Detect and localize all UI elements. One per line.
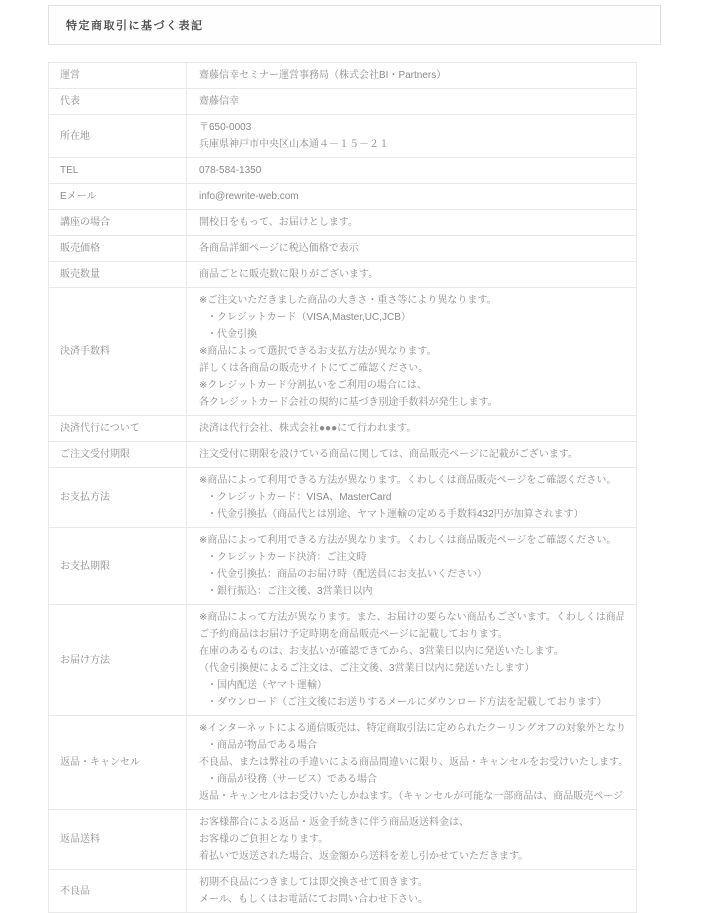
content-line: ※インターネットによる通信販売は、特定商取引法に定められたクーリングオフの対象外… (199, 720, 624, 737)
content-line: ※商品によって利用できる方法が異なります。くわしくは商品販売ページをご確認くださ… (199, 472, 624, 489)
row-content: 〒650-0003兵庫県神戸市中央区山本通４－１５－２１ (187, 115, 637, 158)
content-line: ※商品によって方法が異なります。また、お届けの要らない商品もございます。くわしく… (199, 609, 624, 626)
content-line: 決済は代行会社、株式会社●●●にて行われます。 (199, 420, 624, 437)
content-line: お客様のご負担となります。 (199, 831, 624, 848)
page-title: 特定商取引に基づく表記 (66, 20, 204, 32)
content-line: ・代金引換払（商品代とは別途、ヤマト運輸の定める手数料432円が加算されます） (199, 506, 624, 523)
content-line: 着払いで返送された場合、返金額から送料を差し引かせていただきます。 (199, 848, 624, 865)
row-content: info@rewrite-web.com (187, 184, 637, 210)
table-row: 所在地 〒650-0003兵庫県神戸市中央区山本通４－１５－２１ (49, 115, 637, 158)
table-row: 不良品 初期不良品につきましては即交換させて頂きます。メール、もしくはお電話にて… (49, 870, 637, 913)
row-content: 齋藤信幸セミナー運営事務局（株式会社BI・Partners） (187, 63, 637, 89)
row-label: 所在地 (49, 115, 187, 158)
tokushoho-table-body: 運営 齋藤信幸セミナー運営事務局（株式会社BI・Partners） 代表 齋藤信… (49, 63, 637, 913)
row-content: ※商品によって利用できる方法が異なります。くわしくは商品販売ページをご確認くださ… (187, 528, 637, 605)
row-label: 不良品 (49, 870, 187, 913)
row-label: 講座の場合 (49, 210, 187, 236)
row-label: お届け方法 (49, 605, 187, 716)
row-content: ※ご注文いただきました商品の大きさ・重さ等により異なります。・クレジットカード（… (187, 288, 637, 416)
content-line: 078-584-1350 (199, 162, 624, 179)
row-content: 078-584-1350 (187, 158, 637, 184)
content-line: 齋藤信幸セミナー運営事務局（株式会社BI・Partners） (199, 67, 624, 84)
row-label: 返品・キャンセル (49, 716, 187, 810)
row-content: 齋藤信幸 (187, 89, 637, 115)
table-row: お支払方法 ※商品によって利用できる方法が異なります。くわしくは商品販売ページを… (49, 468, 637, 528)
content-line: ※商品によって利用できる方法が異なります。くわしくは商品販売ページをご確認くださ… (199, 532, 624, 549)
content-line: 在庫のあるものは、お支払いが確認できてから、3営業日以内に発送いたします。 (199, 643, 624, 660)
content-line: 齋藤信幸 (199, 93, 624, 110)
content-line: 返品・キャンセルはお受けいたしかねます。（キャンセルが可能な一部商品は、商品販売… (199, 788, 624, 805)
row-label: 決済代行について (49, 416, 187, 442)
row-content: 注文受付に期限を設けている商品に関しては、商品販売ページに記載がございます。 (187, 442, 637, 468)
table-row: 決済代行について 決済は代行会社、株式会社●●●にて行われます。 (49, 416, 637, 442)
content-line: 商品ごとに販売数に限りがございます。 (199, 266, 624, 283)
content-line: 各クレジットカード会社の規約に基づき別途手数料が発生します。 (199, 394, 624, 411)
content-line: 兵庫県神戸市中央区山本通４－１５－２１ (199, 136, 624, 153)
content-line: ・代金引換払：商品のお届け時（配送員にお支払いください） (199, 566, 624, 583)
content-line: 〒650-0003 (199, 119, 624, 136)
row-label: 返品送料 (49, 810, 187, 870)
row-label: Eメール (49, 184, 187, 210)
content-line: ・商品が物品である場合 (199, 737, 624, 754)
content-line: ※ご注文いただきました商品の大きさ・重さ等により異なります。 (199, 292, 624, 309)
table-row: 運営 齋藤信幸セミナー運営事務局（株式会社BI・Partners） (49, 63, 637, 89)
row-content: お客様都合による返品・返金手続きに伴う商品返送料金は、お客様のご負担となります。… (187, 810, 637, 870)
row-label: 運営 (49, 63, 187, 89)
content-line: ・クレジットカード決済：ご注文時 (199, 549, 624, 566)
row-label: TEL (49, 158, 187, 184)
row-label: 決済手数料 (49, 288, 187, 416)
content-line: ※商品によって選択できるお支払方法が異なります。 (199, 343, 624, 360)
row-label: 販売数量 (49, 262, 187, 288)
content-line: ・国内配送（ヤマト運輸） (199, 677, 624, 694)
table-row: TEL 078-584-1350 (49, 158, 637, 184)
content-line: ・クレジットカード：VISA、MasterCard (199, 489, 624, 506)
table-row: Eメール info@rewrite-web.com (49, 184, 637, 210)
row-label: ご注文受付期限 (49, 442, 187, 468)
content-line: 各商品詳細ページに税込価格で表示 (199, 240, 624, 257)
content-line: 注文受付に期限を設けている商品に関しては、商品販売ページに記載がございます。 (199, 446, 624, 463)
content-line: （代金引換便によるご注文は、ご注文後、3営業日以内に発送いたします） (199, 660, 624, 677)
content-line: メール、もしくはお電話にてお問い合わせ下さい。 (199, 891, 624, 908)
content-line: 開校日をもって、お届けとします。 (199, 214, 624, 231)
row-content: ※商品によって方法が異なります。また、お届けの要らない商品もございます。くわしく… (187, 605, 637, 716)
row-label: お支払方法 (49, 468, 187, 528)
content-line: ・代金引換 (199, 326, 624, 343)
table-row: 返品・キャンセル ※インターネットによる通信販売は、特定商取引法に定められたクー… (49, 716, 637, 810)
row-content: 商品ごとに販売数に限りがございます。 (187, 262, 637, 288)
row-label: 代表 (49, 89, 187, 115)
table-row: 代表 齋藤信幸 (49, 89, 637, 115)
content-line: 初期不良品につきましては即交換させて頂きます。 (199, 874, 624, 891)
row-label: 販売価格 (49, 236, 187, 262)
page: 特定商取引に基づく表記 運営 齋藤信幸セミナー運営事務局（株式会社BI・Part… (0, 5, 708, 913)
row-content: 決済は代行会社、株式会社●●●にて行われます。 (187, 416, 637, 442)
tokushoho-table: 運営 齋藤信幸セミナー運営事務局（株式会社BI・Partners） 代表 齋藤信… (48, 62, 637, 913)
row-content: 初期不良品につきましては即交換させて頂きます。メール、もしくはお電話にてお問い合… (187, 870, 637, 913)
content-line: 詳しくは各商品の販売サイトにてご確認ください。 (199, 360, 624, 377)
table-row: 返品送料 お客様都合による返品・返金手続きに伴う商品返送料金は、お客様のご負担と… (49, 810, 637, 870)
table-row: 講座の場合 開校日をもって、お届けとします。 (49, 210, 637, 236)
content-line: ・銀行振込：ご注文後、3営業日以内 (199, 583, 624, 600)
table-row: ご注文受付期限 注文受付に期限を設けている商品に関しては、商品販売ページに記載が… (49, 442, 637, 468)
row-content: ※インターネットによる通信販売は、特定商取引法に定められたクーリングオフの対象外… (187, 716, 637, 810)
content-line: ・クレジットカード（VISA,Master,UC,JCB） (199, 309, 624, 326)
content-line: info@rewrite-web.com (199, 188, 624, 205)
content-line: ご予約商品はお届け予定時期を商品販売ページに記載しております。 (199, 626, 624, 643)
row-content: ※商品によって利用できる方法が異なります。くわしくは商品販売ページをご確認くださ… (187, 468, 637, 528)
content-line: お客様都合による返品・返金手続きに伴う商品返送料金は、 (199, 814, 624, 831)
table-row: お支払期限 ※商品によって利用できる方法が異なります。くわしくは商品販売ページを… (49, 528, 637, 605)
row-label: お支払期限 (49, 528, 187, 605)
content-line: ※クレジットカード分割払いをご利用の場合には、 (199, 377, 624, 394)
content-line: 不良品、または弊社の手違いによる商品間違いに限り、返品・キャンセルをお受けいたし… (199, 754, 624, 771)
row-content: 各商品詳細ページに税込価格で表示 (187, 236, 637, 262)
table-row: 決済手数料 ※ご注文いただきました商品の大きさ・重さ等により異なります。・クレジ… (49, 288, 637, 416)
content-line: ・商品が役務（サービス）である場合 (199, 771, 624, 788)
table-row: お届け方法 ※商品によって方法が異なります。また、お届けの要らない商品もございま… (49, 605, 637, 716)
page-header: 特定商取引に基づく表記 (48, 5, 661, 45)
row-content: 開校日をもって、お届けとします。 (187, 210, 637, 236)
table-row: 販売数量 商品ごとに販売数に限りがございます。 (49, 262, 637, 288)
table-row: 販売価格 各商品詳細ページに税込価格で表示 (49, 236, 637, 262)
content-line: ・ダウンロード（ご注文後にお送りするメールにダウンロード方法を記載しております） (199, 694, 624, 711)
